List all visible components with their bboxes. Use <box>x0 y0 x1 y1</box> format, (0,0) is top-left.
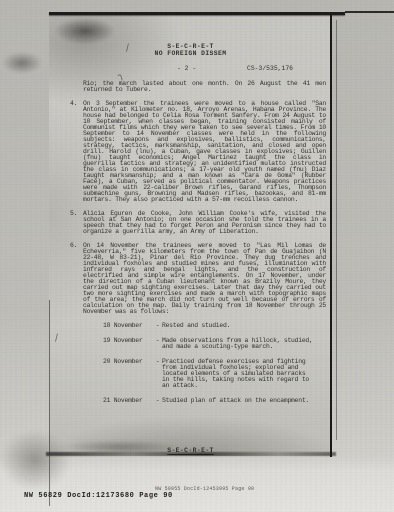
dissem-line: NO FOREIGN DISSEM <box>49 50 332 57</box>
scan-smudge <box>0 430 70 490</box>
document-page: S-E-C-R-E-T NO FOREIGN DISSEM - 2 - CS-3… <box>49 15 332 456</box>
classification-header: S-E-C-R-E-T NO FOREIGN DISSEM <box>49 43 332 57</box>
paragraph-4: 4. On 3 September the trainees were move… <box>83 101 326 203</box>
log-row-19-november: 19 November - Made observations from a h… <box>103 338 326 350</box>
reference-number: CS-3/535,176 <box>247 65 293 72</box>
scan-edge-top-right <box>345 11 394 13</box>
log-entry: Studied plan of attack on the encampment… <box>162 398 314 404</box>
log-separator: - <box>153 323 162 329</box>
log-date: 18 November <box>103 323 153 329</box>
log-separator: - <box>153 338 162 350</box>
scan-edge-top <box>49 12 345 15</box>
log-date: 20 November <box>103 359 153 389</box>
paragraph-number: 5. <box>70 211 77 217</box>
log-row-20-november: 20 November - Practiced defense exercise… <box>103 359 326 389</box>
log-entry: Rested and studied. <box>162 323 314 329</box>
continuation-paragraph: Rio; the march lasted about one month. O… <box>83 81 326 93</box>
typed-content: S-E-C-R-E-T NO FOREIGN DISSEM - 2 - CS-3… <box>49 15 332 456</box>
page-number: - 2 - <box>177 65 196 72</box>
scanned-document: S-E-C-R-E-T NO FOREIGN DISSEM - 2 - CS-3… <box>0 0 394 512</box>
paragraph-5: 5. Alicia Eguren de Cooke, John William … <box>83 211 326 235</box>
scan-smudge <box>55 18 115 44</box>
log-separator: - <box>153 359 162 389</box>
scan-edge-right <box>330 14 332 457</box>
paragraph-6: 6. On 14 November the trainees were move… <box>83 243 326 315</box>
classification-line: S-E-C-R-E-T <box>49 43 332 50</box>
body-text: Rio; the march lasted about one month. O… <box>83 81 326 413</box>
log-entry: Made observations from a hillock, studie… <box>162 338 314 350</box>
paragraph-number: 6. <box>70 243 77 249</box>
log-date: 19 November <box>103 338 153 350</box>
training-log: 18 November - Rested and studied. 19 Nov… <box>103 323 326 404</box>
log-row-21-november: 21 November - Studied plan of attack on … <box>103 398 326 404</box>
log-row-18-november: 18 November - Rested and studied. <box>103 323 326 329</box>
log-entry: Practiced defense exercises and fighting… <box>162 359 314 389</box>
scan-edge-right-faint <box>336 20 337 440</box>
paragraph-text: On 14 November the trainees were moved t… <box>83 242 326 315</box>
paragraph-text: Alicia Eguren de Cooke, John William Coo… <box>83 210 326 235</box>
archival-stamp: NW 56829 DocId:12173680 Page 90 <box>24 492 173 500</box>
scan-smudge <box>60 440 180 454</box>
paragraph-number: 4. <box>70 101 77 107</box>
scan-smudge <box>2 52 42 74</box>
paragraph-text: On 3 September the trainees were moved t… <box>83 100 326 203</box>
log-separator: - <box>153 398 162 404</box>
log-date: 21 November <box>103 398 153 404</box>
